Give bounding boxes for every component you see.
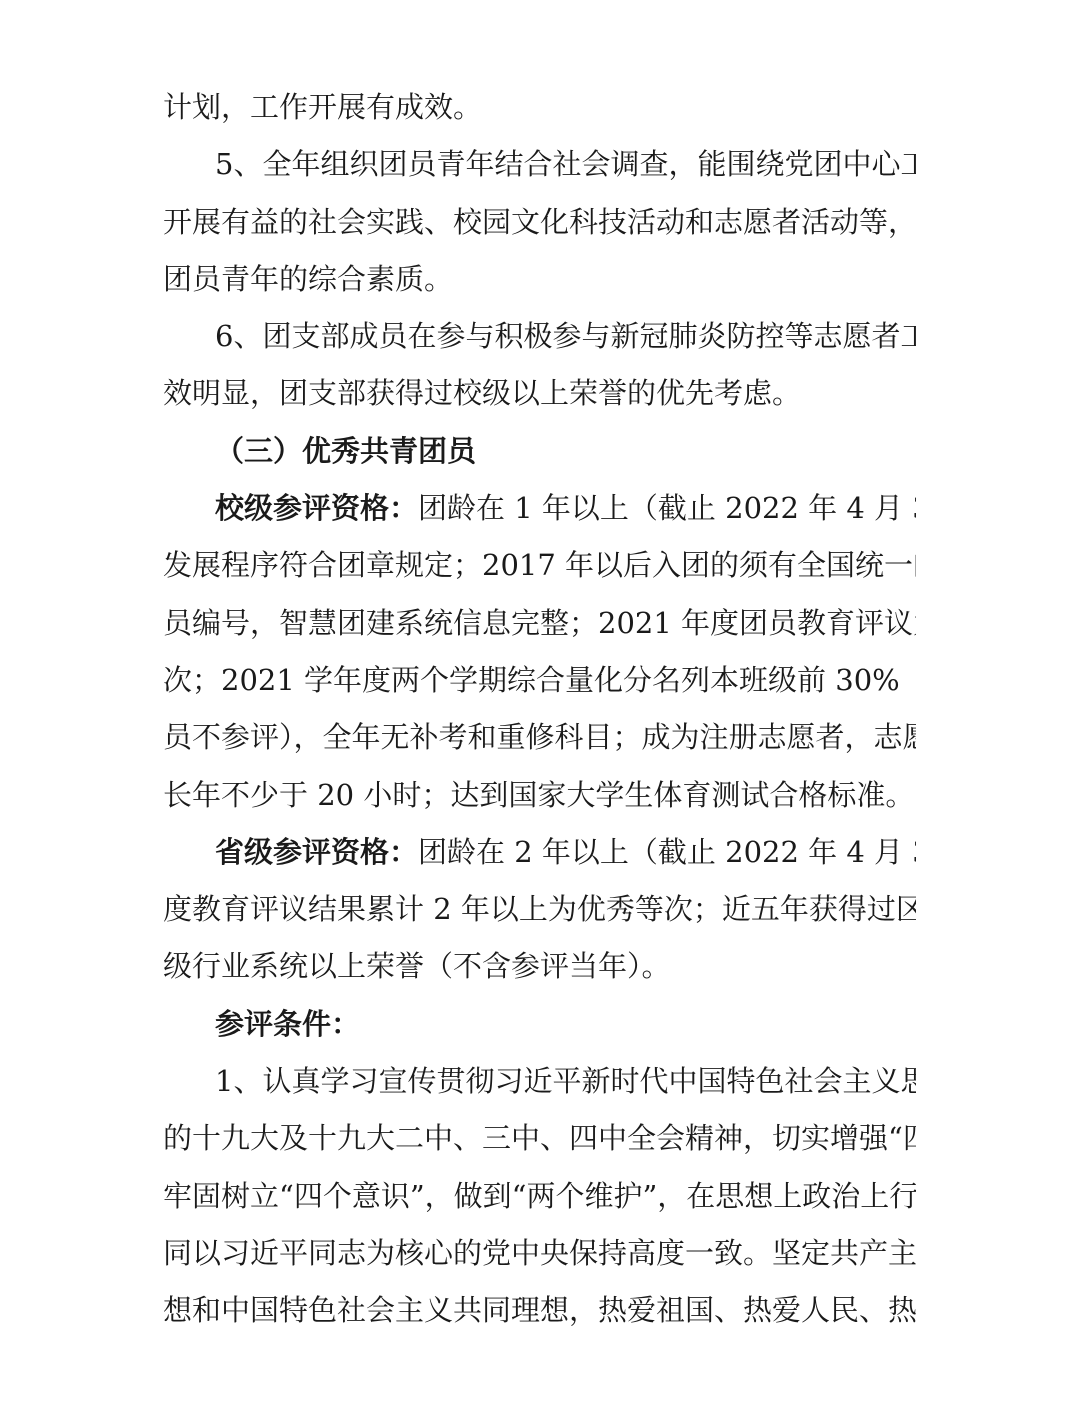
paragraph-line: 1、认真学习宣传贯彻习近平新时代中国特色社会主义思想和党 [163,1059,916,1116]
province-level-text: 团龄在 2 年以上（截止 2022 年 4 月 30 日）；年 [418,835,916,869]
school-level-label: 校级参评资格： [215,491,418,525]
paragraph-line: 省级参评资格：团龄在 2 年以上（截止 2022 年 4 月 30 日）；年 [163,830,916,887]
paragraph-line: 开展有益的社会实践、校园文化科技活动和志愿者活动等，切实提高 [163,200,916,257]
paragraph-line: 的十九大及十九大二中、三中、四中全会精神，切实增强“四个自信”， [163,1116,916,1173]
paragraph-line: 长年不少于 20 小时；达到国家大学生体育测试合格标准。 [163,773,916,830]
paragraph-line: 校级参评资格：团龄在 1 年以上（截止 2022 年 4 月 30 日），且 [163,486,916,543]
paragraph-line: 次；2021 学年度两个学期综合量化分名列本班级前 30%（2021 级团 [163,658,916,715]
paragraph-line: 发展程序符合团章规定；2017 年以后入团的须有全国统一的发展团 [163,543,916,600]
paragraph-line: 牢固树立“四个意识”，做到“两个维护”，在思想上政治上行动上 [163,1174,916,1231]
school-level-text: 团龄在 1 年以上（截止 2022 年 4 月 30 日），且 [418,491,916,525]
paragraph-line: 5、全年组织团员青年结合社会调查，能围绕党团中心工作积极 [163,142,916,199]
paragraph-line: 员编号，智慧团建系统信息完整；2021 年度团员教育评议为优秀等 [163,601,916,658]
paragraph-line: 效明显，团支部获得过校级以上荣誉的优先考虑。 [163,371,916,428]
paragraph-line: 计划，工作开展有成效。 [163,85,916,142]
conditions-heading: 参评条件： [163,1002,916,1059]
paragraph-line: 级行业系统以上荣誉（不含参评当年）。 [163,944,916,1001]
section-heading: （三）优秀共青团员 [163,429,916,486]
paragraph-line: 想和中国特色社会主义共同理想，热爱祖国、热爱人民、热爱社会主 [163,1288,916,1345]
paragraph-line: 度教育评议结果累计 2 年以上为优秀等次；近五年获得过区县级或同 [163,887,916,944]
province-level-label: 省级参评资格： [215,835,418,869]
document-page: 计划，工作开展有成效。 5、全年组织团员青年结合社会调查，能围绕党团中心工作积极… [163,85,916,1346]
paragraph-line: 6、团支部成员在参与积极参与新冠肺炎防控等志愿者工作中成 [163,314,916,371]
paragraph-line: 同以习近平同志为核心的党中央保持高度一致。坚定共产主义远大理 [163,1231,916,1288]
paragraph-line: 团员青年的综合素质。 [163,257,916,314]
paragraph-line: 员不参评），全年无补考和重修科目；成为注册志愿者，志愿服务时 [163,715,916,772]
